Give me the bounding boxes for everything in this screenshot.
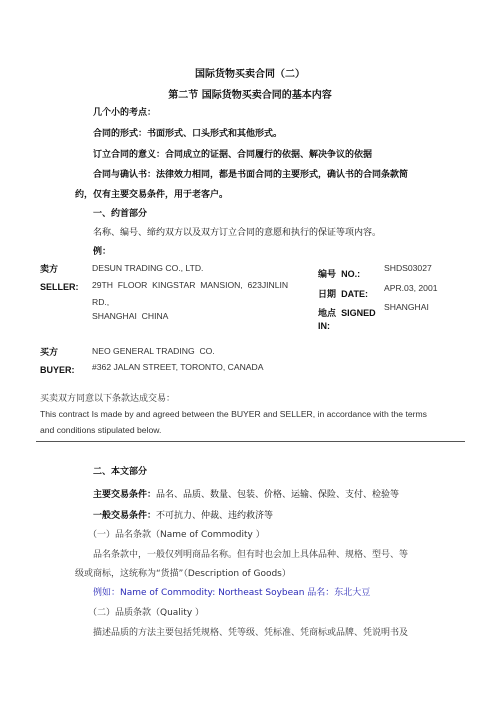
buyer-name: NEO GENERAL TRADING CO. <box>92 346 215 356</box>
seller-label-en: SELLER: <box>40 282 79 292</box>
meta-no-value: SHDS03027 <box>384 263 432 273</box>
seller-address-1: 29TH FLOOR KINGSTAR MANSION, 623JINLIN <box>92 280 305 290</box>
seller-address-3: SHANGHAI CHINA <box>92 311 168 321</box>
meta-signed-in-label: IN: <box>318 321 330 331</box>
example-label: 例： <box>93 244 111 257</box>
clause1-text-2: 级或商标，这统称为“货描”（Description of Goods） <box>75 566 291 579</box>
section1-heading: 一、约首部分 <box>93 206 147 219</box>
meta-date-label-cn: 日期 <box>318 290 336 300</box>
seller-address-2: RD., <box>92 297 109 307</box>
horizontal-rule <box>36 441 465 442</box>
point-contract-form: 合同的形式：书面形式、口头形式和其他形式。 <box>93 126 282 139</box>
buyer-label-en: BUYER: <box>40 365 75 375</box>
point-confirmation-1: 合同与确认书：法律效力相同，都是书面合同的主要形式，确认书的合同条款简 <box>93 167 408 180</box>
buyer-address: #362 JALAN STREET, TORONTO, CANADA <box>92 362 263 372</box>
clause2-heading: （二）品质条款（Quality ） <box>88 605 204 618</box>
clause2-text-1: 描述品质的方法主要包括凭规格、凭等级、凭标准、凭商标或品牌、凭说明书及 <box>93 625 408 638</box>
clause1-example: 例如：Name of Commodity: Northeast Soybean … <box>93 585 370 598</box>
document-title: 国际货物买卖合同（二） <box>0 65 500 80</box>
main-terms-text: 品名、品质、数量、包装、价格、运输、保险、支付、检验等 <box>156 490 399 500</box>
meta-no-label-cn: 编号 <box>318 270 336 280</box>
main-terms-label: 主要交易条件： <box>93 490 156 500</box>
section-title: 第二节 国际货物买卖合同的基本内容 <box>0 86 500 101</box>
main-terms: 主要交易条件：品名、品质、数量、包装、价格、运输、保险、支付、检验等 <box>93 487 399 500</box>
meta-no: 编号 NO.: <box>318 262 360 281</box>
meta-no-label-en: NO.: <box>341 269 360 279</box>
point-contract-significance: 订立合同的意义：合同成立的证据、合同履行的依据、解决争议的依据 <box>93 147 372 160</box>
key-points-heading: 几个小的考点： <box>93 105 156 118</box>
meta-signed-label-cn: 地点 <box>318 309 336 319</box>
meta-date: 日期 DATE: <box>318 282 368 301</box>
general-terms-text: 不可抗力、仲裁、违约救济等 <box>156 511 273 521</box>
clause1-text-1: 品名条款中，一般仅列明商品名称。但有时也会加上具体品种、规格、型号、等 <box>93 547 408 560</box>
general-terms: 一般交易条件：不可抗力、仲裁、违约救济等 <box>93 508 273 521</box>
agreement-en-line1: This contract Is made by and agreed betw… <box>40 409 427 419</box>
section1-description: 名称、编号、缔约双方以及双方订立合同的意愿和执行的保证等项内容。 <box>93 225 381 238</box>
section2-heading: 二、本文部分 <box>93 464 147 477</box>
seller-name: DESUN TRADING CO., LTD. <box>92 263 203 273</box>
agreement-cn: 买卖双方同意以下条款达成交易： <box>40 391 175 404</box>
clause1-heading: （一）品名条款（Name of Commodity ） <box>88 527 265 540</box>
agreement-en-line2: and conditions stipulated below. <box>40 425 161 435</box>
seller-label-cn: 卖方 <box>40 262 58 275</box>
meta-signed-value: SHANGHAI <box>384 302 429 312</box>
meta-signed: 地点 SIGNED <box>318 301 376 320</box>
general-terms-label: 一般交易条件： <box>93 511 156 521</box>
meta-date-label-en: DATE: <box>341 289 368 299</box>
meta-signed-label-en: SIGNED <box>341 308 376 318</box>
point-confirmation-2: 约，仅有主要交易条件，用于老客户。 <box>75 187 228 200</box>
buyer-label-cn: 买方 <box>40 345 58 358</box>
meta-date-value: APR.03, 2001 <box>384 283 438 293</box>
